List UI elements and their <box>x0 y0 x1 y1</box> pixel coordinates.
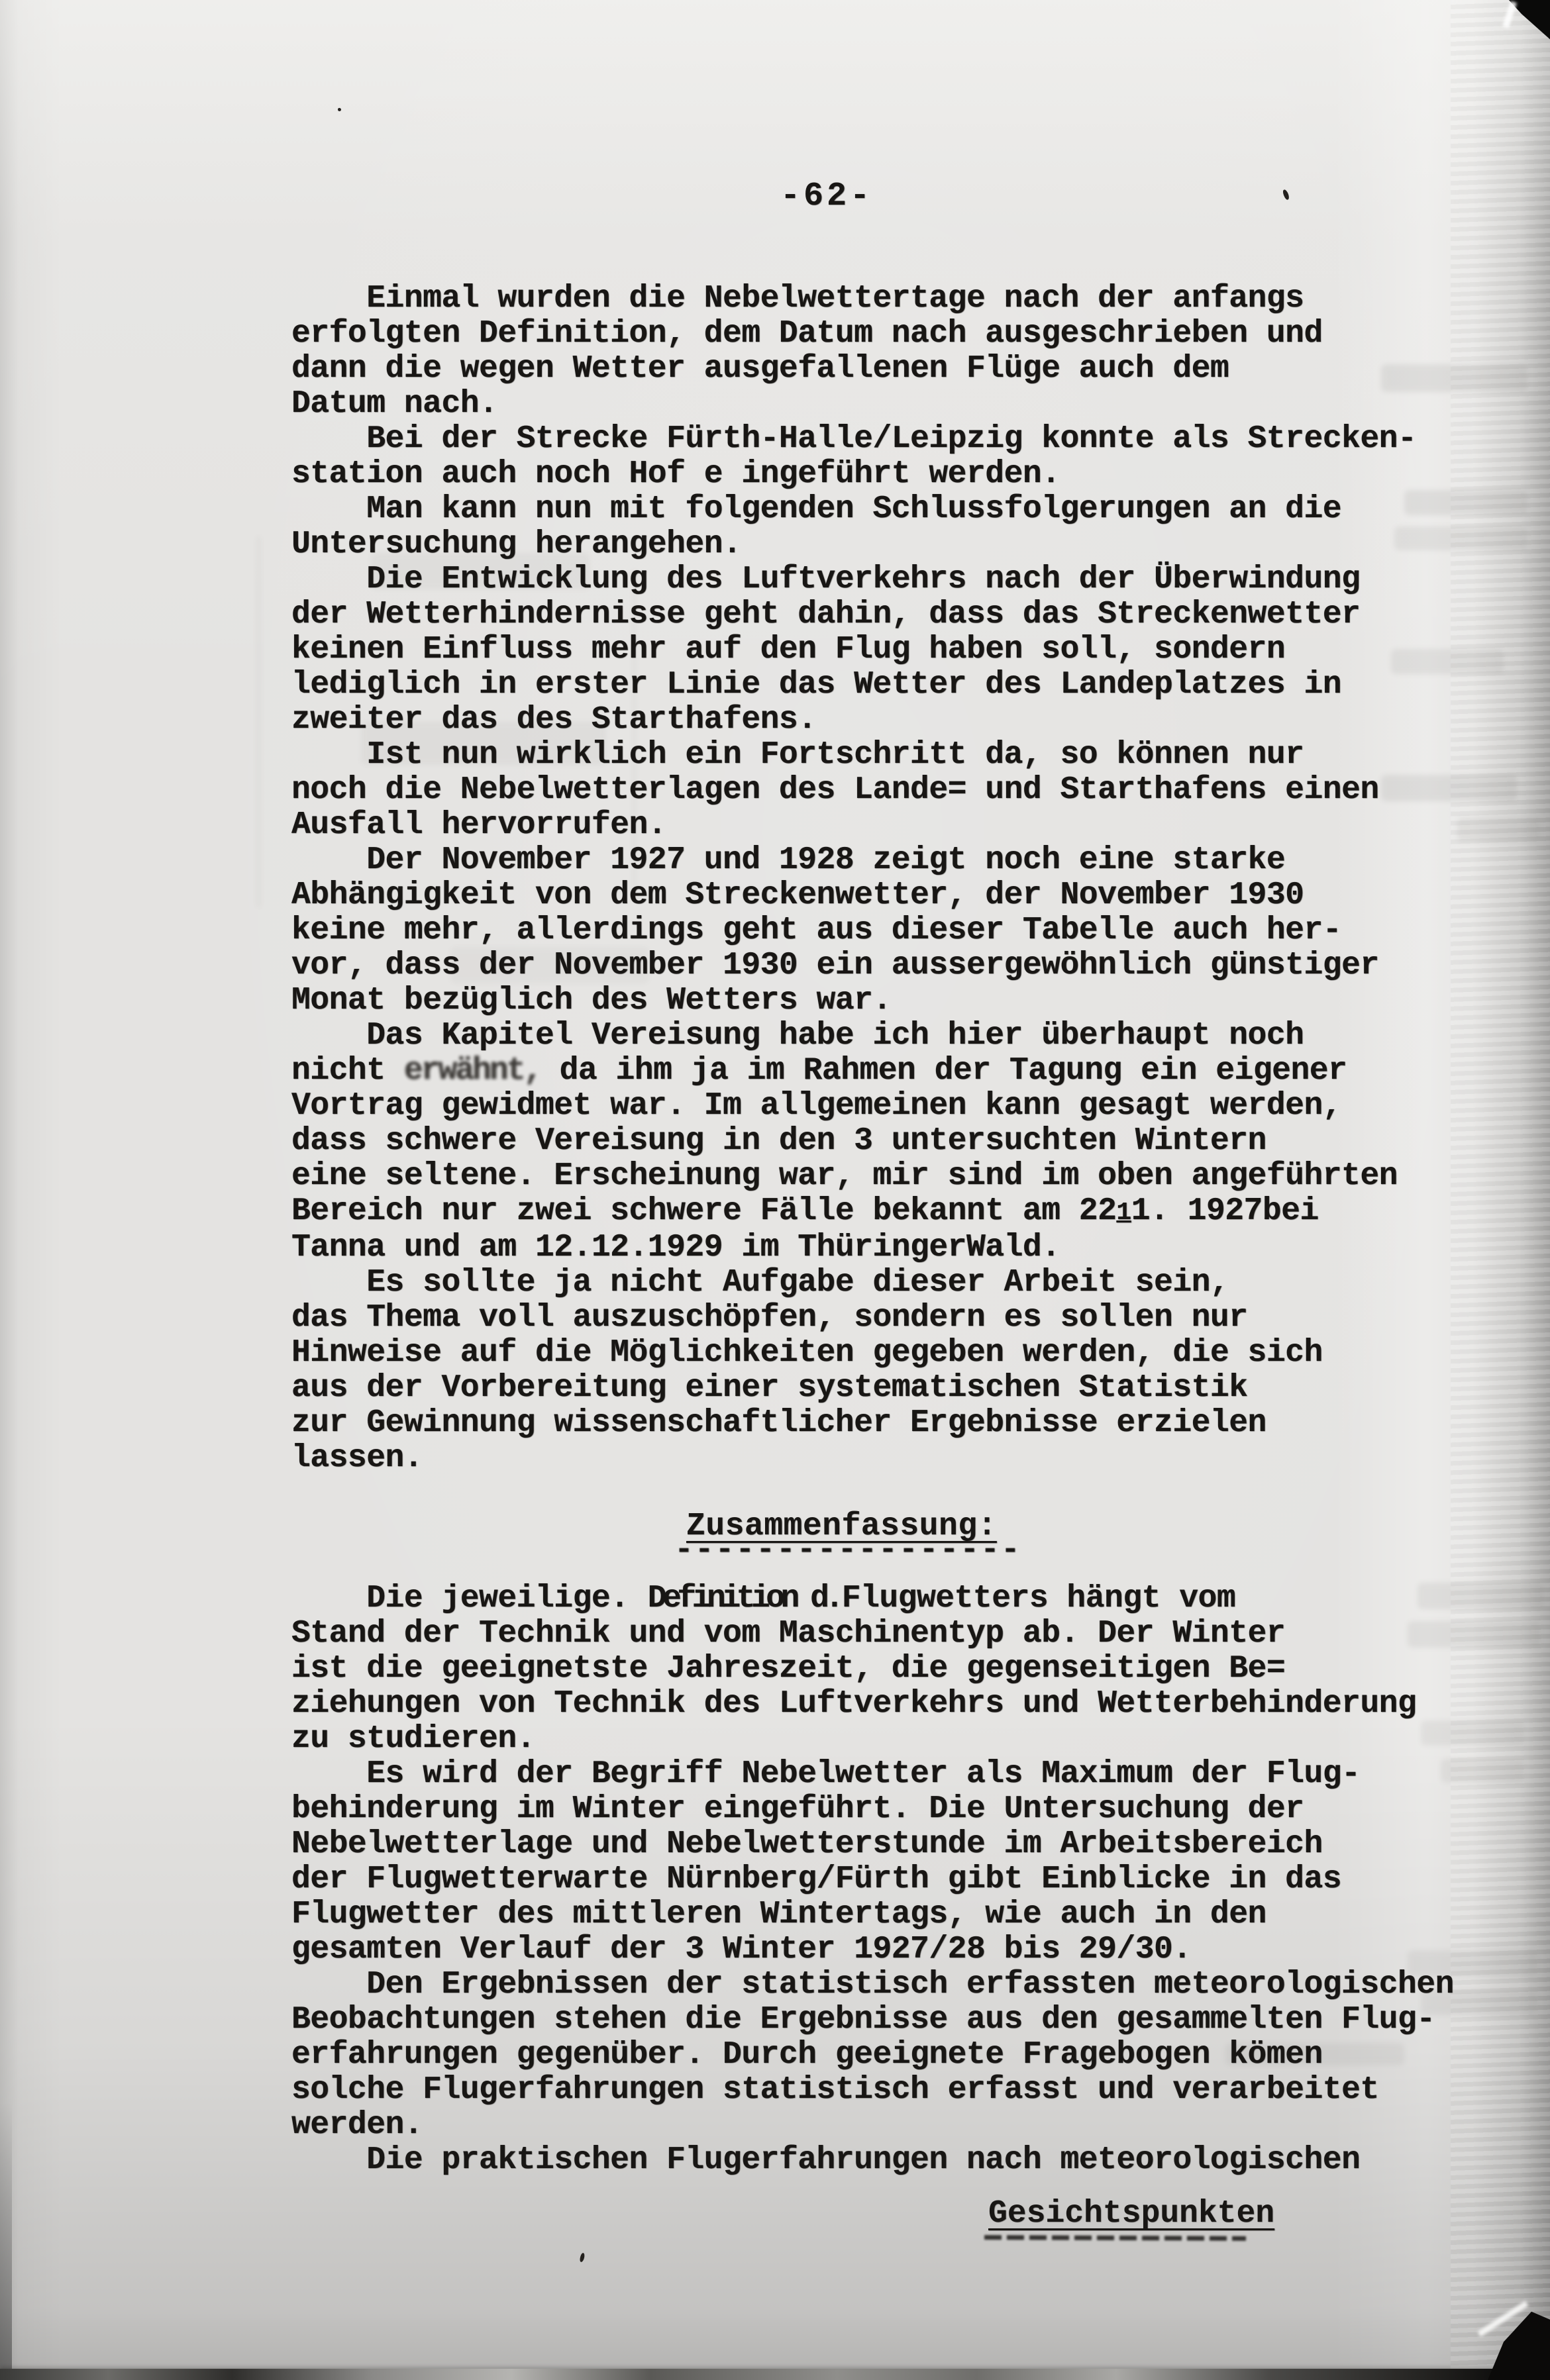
text-line: aus der Vorbereitung einer systematische… <box>291 1371 1471 1406</box>
text-line: Tanna und am 12.12.1929 im ThüringerWald… <box>291 1230 1471 1265</box>
text-line: zweiter das des Starthafens. <box>291 703 1471 738</box>
summary-section: Zusammenfassung: ----------------- <box>291 1509 1471 1562</box>
text-line: erfolgten Definition, dem Datum nach aus… <box>291 317 1471 352</box>
page-edge-highlight <box>1502 1 1517 28</box>
heading-dashed-underline: ----------------- <box>674 1539 1471 1562</box>
text-line: das Thema voll auszuschöpfen, sondern es… <box>291 1301 1471 1336</box>
page-number: -62- <box>780 177 873 215</box>
scan-edge-shadow-bottom-left <box>0 2102 12 2380</box>
text-line: Beobachtungen stehen die Ergebnisse aus … <box>291 2003 1471 2038</box>
text-line: keine mehr, allerdings geht aus dieser T… <box>291 913 1471 948</box>
summary-paragraphs: Die jeweilige. Definition d.Flugwetters … <box>291 1581 1471 2178</box>
crush: Definition d. <box>648 1581 840 1616</box>
sup-digit: 1 <box>1116 1199 1131 1227</box>
text-line: gesamten Verlauf der 3 Winter 1927/28 bi… <box>291 1932 1471 1967</box>
text-line: noch die Nebelwetterlagen des Lande= und… <box>291 773 1471 808</box>
text-line: vor, dass der November 1930 ein ausserge… <box>291 948 1471 983</box>
text-line: ist die geeignetste Jahreszeit, die gege… <box>291 1652 1471 1687</box>
text-line: lassen. <box>291 1441 1471 1476</box>
ink-speck <box>1282 189 1290 200</box>
text-line: werden. <box>291 2108 1471 2143</box>
text-line: eine seltene. Erscheinung war, mir sind … <box>291 1159 1471 1194</box>
closing-second-underline <box>984 2235 1246 2241</box>
text-line: Es wird der Begriff Nebelwetter als Maxi… <box>291 1757 1471 1792</box>
text-line: Bereich nur zwei schwere Fälle bekannt a… <box>291 1194 1471 1230</box>
text-line: Es sollte ja nicht Aufgabe dieser Arbeit… <box>291 1265 1471 1301</box>
text-line: Den Ergebnissen der statistisch erfasste… <box>291 1967 1471 2003</box>
text-line: erfahrungen gegenüber. Durch geeignete F… <box>291 2038 1471 2073</box>
text-line: Monat bezüglich des Wetters war. <box>291 983 1471 1018</box>
text-line: Abhängigkeit von dem Streckenwetter, der… <box>291 878 1471 913</box>
text-line: Die praktischen Flugerfahrungen nach met… <box>291 2143 1471 2178</box>
text-line: zur Gewinnung wissenschaftlicher Ergebni… <box>291 1406 1471 1441</box>
text-line: der Wetterhindernisse geht dahin, dass d… <box>291 597 1471 632</box>
closing-word: Gesichtspunkten <box>988 2197 1274 2232</box>
text-line: Flugwetter des mittleren Wintertags, wie… <box>291 1897 1471 1932</box>
scan-edge-strip-bottom <box>0 2369 1550 2380</box>
text-line: Einmal wurden die Nebelwettertage nach d… <box>291 281 1471 317</box>
body-paragraphs: Einmal wurden die Nebelwettertage nach d… <box>291 281 1471 1476</box>
typewritten-text-block: Einmal wurden die Nebelwettertage nach d… <box>291 281 1471 2240</box>
text-line: Nebelwetterlage und Nebelwetterstunde im… <box>291 1827 1471 1862</box>
text-line: keinen Einfluss mehr auf den Flug haben … <box>291 632 1471 668</box>
text-line: solche Flugerfahrungen statistisch erfas… <box>291 2073 1471 2108</box>
text-line: dass schwere Vereisung in den 3 untersuc… <box>291 1124 1471 1159</box>
ink-speck <box>338 108 341 111</box>
text-line: Bei der Strecke Fürth-Halle/Leipzig konn… <box>291 422 1471 457</box>
bleedthrough-smudge <box>257 536 260 907</box>
text-line: Datum nach. <box>291 387 1471 422</box>
text-line: Der November 1927 und 1928 zeigt noch ei… <box>291 843 1471 878</box>
ink-speck <box>579 2252 585 2262</box>
text-line: ziehungen von Technik des Luftverkehrs u… <box>291 1687 1471 1722</box>
closing-line: Gesichtspunkten <box>291 2197 1471 2240</box>
text-line: Hinweise auf die Möglichkeiten gegeben w… <box>291 1336 1471 1371</box>
text-line: Ist nun wirklich ein Fortschritt da, so … <box>291 738 1471 773</box>
smudge-word: erwähnt, <box>404 1053 541 1089</box>
text-line: Vortrag gewidmet war. Im allgemeinen kan… <box>291 1089 1471 1124</box>
text-line: Das Kapitel Vereisung habe ich hier über… <box>291 1018 1471 1054</box>
text-line: lediglich in erster Linie das Wetter des… <box>291 668 1471 703</box>
text-line: Untersuchung herangehen. <box>291 527 1471 562</box>
text-line: Ausfall hervorrufen. <box>291 808 1471 843</box>
text-line: Die Entwicklung des Luftverkehrs nach de… <box>291 562 1471 597</box>
text-line: Die jeweilige. Definition d.Flugwetters … <box>291 1581 1471 1616</box>
text-line: behinderung im Winter eingeführt. Die Un… <box>291 1792 1471 1827</box>
text-line: dann die wegen Wetter ausgefallenen Flüg… <box>291 352 1471 387</box>
document-page: -62- Einmal wurden die Nebelwettertage n… <box>0 0 1550 2380</box>
text-line: der Flugwetterwarte Nürnberg/Fürth gibt … <box>291 1862 1471 1897</box>
text-line: Man kann nun mit folgenden Schlussfolger… <box>291 492 1471 527</box>
text-line: nicht erwähnt, da ihm ja im Rahmen der T… <box>291 1054 1471 1089</box>
text-line: station auch noch Hof e ingeführt werden… <box>291 457 1471 492</box>
text-line: zu studieren. <box>291 1722 1471 1757</box>
text-line: Stand der Technik und vom Maschinentyp a… <box>291 1616 1471 1652</box>
